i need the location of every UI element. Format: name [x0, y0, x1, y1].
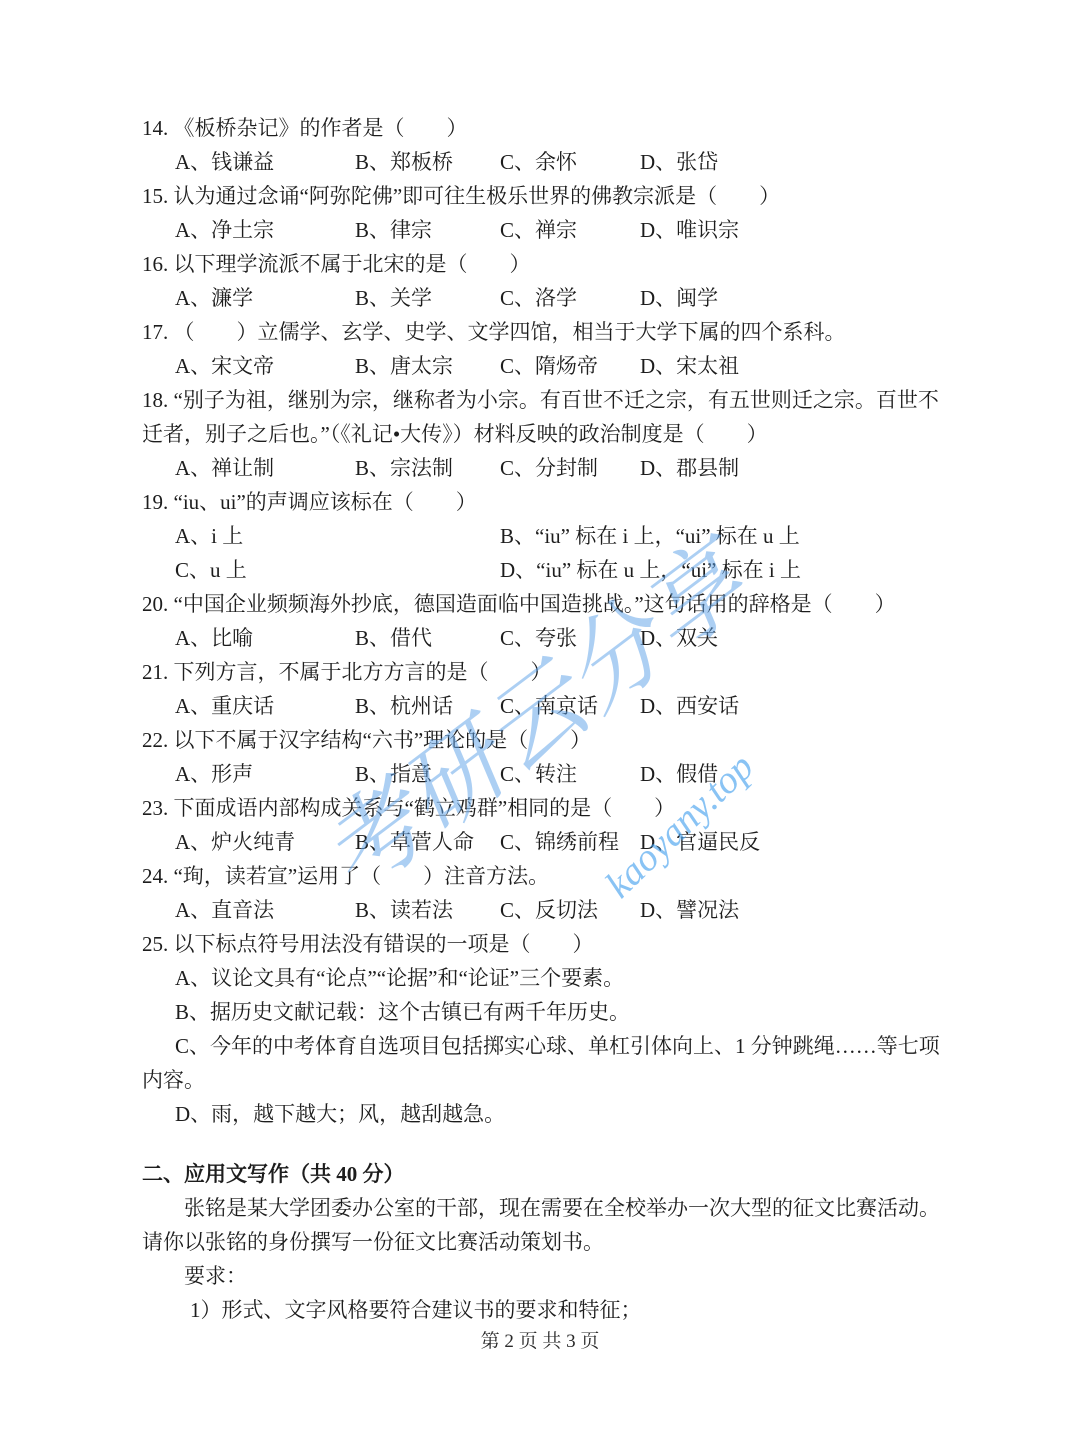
option: D、官逼民反: [640, 825, 760, 859]
question-15: 15. 认为通过念诵“阿弥陀佛”即可往生极乐世界的佛教宗派是（ ）A、净土宗B、…: [142, 179, 954, 247]
option: A、比喻: [175, 621, 253, 655]
question-14: 14. 《板桥杂记》的作者是（ ）A、钱谦益B、郑板桥C、余怀D、张岱: [142, 111, 954, 179]
option: B、据历史文献记载：这个古镇已有两千年历史。: [142, 995, 954, 1029]
option: D、张岱: [640, 145, 718, 179]
question-stem: 21. 下列方言，不属于北方方言的是（ ）: [142, 655, 954, 689]
question-stem: 20. “中国企业频频海外抄底，德国造面临中国造挑战。”这句话用的辞格是（ ）: [142, 587, 954, 621]
section-2: 二、应用文写作（共 40 分） 张铭是某大学团委办公室的干部，现在需要在全校举办…: [142, 1157, 954, 1327]
option: B、指意: [355, 757, 432, 791]
option: A、直音法: [175, 893, 274, 927]
question-22: 22. 以下不属于汉字结构“六书”理论的是（ ）A、形声B、指意C、转注D、假借: [142, 723, 954, 791]
option: C、反切法: [500, 893, 598, 927]
option: C、禅宗: [500, 213, 577, 247]
option: D、唯识宗: [640, 213, 739, 247]
options-row: A、比喻B、借代C、夸张D、双关: [142, 621, 954, 655]
question-stem: 15. 认为通过念诵“阿弥陀佛”即可往生极乐世界的佛教宗派是（ ）: [142, 179, 954, 213]
option: C、隋炀帝: [500, 349, 598, 383]
question-18: 18. “别子为祖，继别为宗，继称者为小宗。有百世不迁之宗，有五世则迁之宗。百世…: [142, 383, 954, 485]
option: A、禅让制: [175, 451, 274, 485]
options-row: A、禅让制B、宗法制C、分封制D、郡县制: [142, 451, 954, 485]
option: B、关学: [355, 281, 432, 315]
option: A、钱谦益: [175, 145, 274, 179]
options-row: C、u 上D、“iu” 标在 u 上，“ui” 标在 i 上: [142, 553, 954, 587]
option: D、假借: [640, 757, 718, 791]
option: A、i 上: [175, 519, 243, 553]
option: B、郑板桥: [355, 145, 453, 179]
option: B、杭州话: [355, 689, 453, 723]
option: A、重庆话: [175, 689, 274, 723]
question-25: 25. 以下标点符号用法没有错误的一项是（ ）A、议论文具有“论点”“论据”和“…: [142, 927, 954, 1131]
option: D、宋太祖: [640, 349, 739, 383]
question-stem: 16. 以下理学流派不属于北宋的是（ ）: [142, 247, 954, 281]
option: C、分封制: [500, 451, 598, 485]
section-2-paragraph: 张铭是某大学团委办公室的干部，现在需要在全校举办一次大型的征文比赛活动。请你以张…: [142, 1191, 954, 1259]
option: C、转注: [500, 757, 577, 791]
question-stem: 22. 以下不属于汉字结构“六书”理论的是（ ）: [142, 723, 954, 757]
question-24: 24. “珣，读若宣”运用了（ ）注音方法。A、直音法B、读若法C、反切法D、譬…: [142, 859, 954, 927]
exam-content: 14. 《板桥杂记》的作者是（ ）A、钱谦益B、郑板桥C、余怀D、张岱15. 认…: [142, 111, 954, 1327]
question-stem: 24. “珣，读若宣”运用了（ ）注音方法。: [142, 859, 954, 893]
option: D、闽学: [640, 281, 718, 315]
option: B、借代: [355, 621, 432, 655]
question-stem: 19. “iu、ui”的声调应该标在（ ）: [142, 485, 954, 519]
options-row: A、i 上B、“iu” 标在 i 上，“ui” 标在 u 上: [142, 519, 954, 553]
options-row: A、濂学B、关学C、洛学D、闽学: [142, 281, 954, 315]
option: D、譬况法: [640, 893, 739, 927]
option: A、炉火纯青: [175, 825, 295, 859]
option: C、锦绣前程: [500, 825, 619, 859]
option: C、夸张: [500, 621, 577, 655]
option: D、雨，越下越大；风，越刮越急。: [142, 1097, 954, 1131]
question-stem: 17. （ ）立儒学、玄学、史学、文学四馆，相当于大学下属的四个系科。: [142, 315, 954, 349]
options-row: A、炉火纯青B、草菅人命C、锦绣前程D、官逼民反: [142, 825, 954, 859]
option: A、议论文具有“论点”“论据”和“论证”三个要素。: [142, 961, 954, 995]
option: D、双关: [640, 621, 718, 655]
question-23: 23. 下面成语内部构成关系与“鹤立鸡群”相同的是（ ）A、炉火纯青B、草菅人命…: [142, 791, 954, 859]
options-row: A、钱谦益B、郑板桥C、余怀D、张岱: [142, 145, 954, 179]
option: C、今年的中考体育自选项目包括掷实心球、单杠引体向上、1 分钟跳绳……等七项内容…: [142, 1029, 954, 1097]
question-stem: 14. 《板桥杂记》的作者是（ ）: [142, 111, 954, 145]
questions-list: 14. 《板桥杂记》的作者是（ ）A、钱谦益B、郑板桥C、余怀D、张岱15. 认…: [142, 111, 954, 1131]
question-21: 21. 下列方言，不属于北方方言的是（ ）A、重庆话B、杭州话C、南京话D、西安…: [142, 655, 954, 723]
question-20: 20. “中国企业频频海外抄底，德国造面临中国造挑战。”这句话用的辞格是（ ）A…: [142, 587, 954, 655]
option: C、洛学: [500, 281, 577, 315]
option: C、u 上: [175, 553, 247, 587]
section-2-title: 二、应用文写作（共 40 分）: [142, 1157, 954, 1191]
option: B、宗法制: [355, 451, 453, 485]
option: B、读若法: [355, 893, 453, 927]
page-number-footer: 第 2 页 共 3 页: [0, 1329, 1080, 1355]
requirements-label: 要求：: [142, 1259, 954, 1293]
option: A、宋文帝: [175, 349, 274, 383]
option: B、草菅人命: [355, 825, 474, 859]
options-row: A、直音法B、读若法C、反切法D、譬况法: [142, 893, 954, 927]
options-row: A、净土宗B、律宗C、禅宗D、唯识宗: [142, 213, 954, 247]
options-row: A、形声B、指意C、转注D、假借: [142, 757, 954, 791]
question-16: 16. 以下理学流派不属于北宋的是（ ）A、濂学B、关学C、洛学D、闽学: [142, 247, 954, 315]
option: C、余怀: [500, 145, 577, 179]
option: A、净土宗: [175, 213, 274, 247]
option: A、濂学: [175, 281, 253, 315]
option: B、唐太宗: [355, 349, 453, 383]
option: A、形声: [175, 757, 253, 791]
question-stem: 25. 以下标点符号用法没有错误的一项是（ ）: [142, 927, 954, 961]
question-19: 19. “iu、ui”的声调应该标在（ ）A、i 上B、“iu” 标在 i 上，…: [142, 485, 954, 587]
requirement-item-1: 1）形式、文字风格要符合建议书的要求和特征；: [142, 1293, 954, 1327]
option: C、南京话: [500, 689, 598, 723]
option: B、“iu” 标在 i 上，“ui” 标在 u 上: [500, 519, 800, 553]
question-stem: 23. 下面成语内部构成关系与“鹤立鸡群”相同的是（ ）: [142, 791, 954, 825]
question-17: 17. （ ）立儒学、玄学、史学、文学四馆，相当于大学下属的四个系科。A、宋文帝…: [142, 315, 954, 383]
option: D、西安话: [640, 689, 739, 723]
option: B、律宗: [355, 213, 432, 247]
exam-page: 14. 《板桥杂记》的作者是（ ）A、钱谦益B、郑板桥C、余怀D、张岱15. 认…: [0, 0, 1080, 1439]
options-row: A、重庆话B、杭州话C、南京话D、西安话: [142, 689, 954, 723]
question-stem: 18. “别子为祖，继别为宗，继称者为小宗。有百世不迁之宗，有五世则迁之宗。百世…: [142, 383, 954, 451]
option: D、郡县制: [640, 451, 739, 485]
option: D、“iu” 标在 u 上，“ui” 标在 i 上: [500, 553, 801, 587]
options-row: A、宋文帝B、唐太宗C、隋炀帝D、宋太祖: [142, 349, 954, 383]
